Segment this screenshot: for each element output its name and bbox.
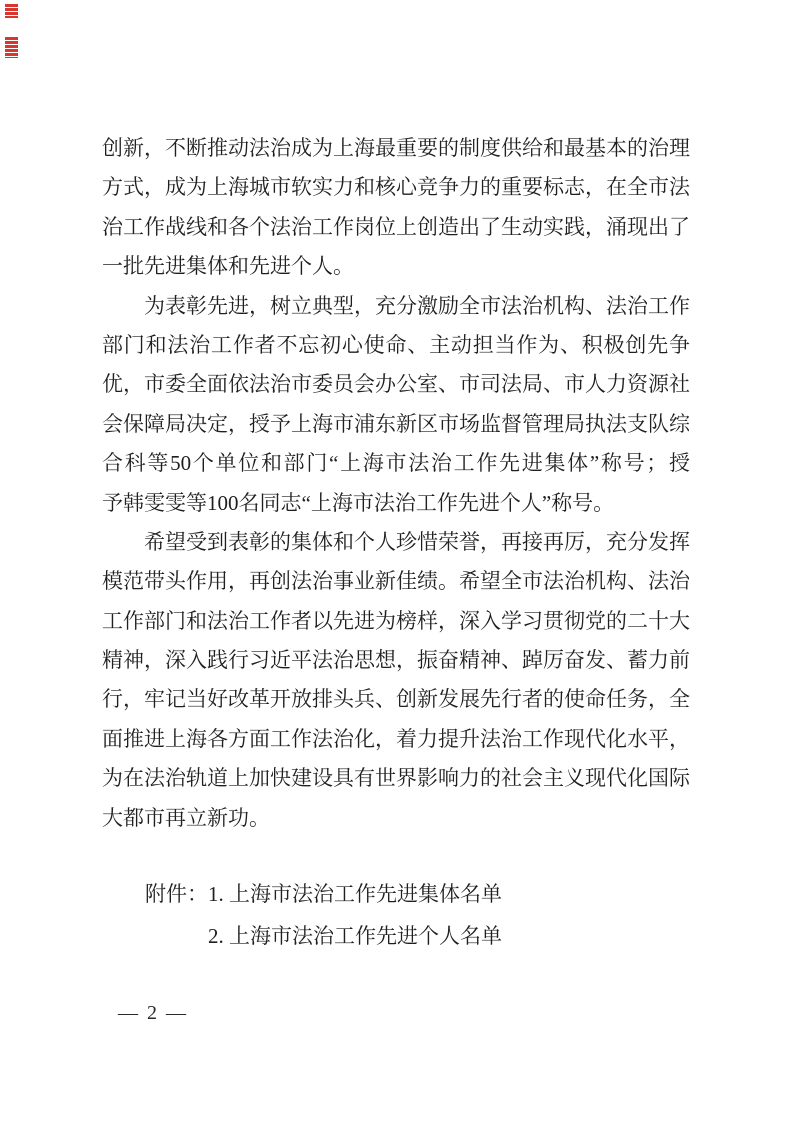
- body-line: 模范带头作用，再创法治事业新佳绩。希望全市法治机构、法治: [102, 562, 690, 601]
- attachment-line: 2. 上海市法治工作先进个人名单: [208, 915, 690, 957]
- document-body: 创新，不断推动法治成为上海最重要的制度供给和最基本的治理 方式，成为上海城市软实…: [102, 129, 690, 838]
- body-line: 创新，不断推动法治成为上海最重要的制度供给和最基本的治理: [102, 129, 690, 168]
- page-number: — 2 —: [118, 1002, 188, 1024]
- body-line: 部门和法治工作者不忘初心使命、主动担当作为、积极创先争: [102, 326, 690, 365]
- body-line: 希望受到表彰的集体和个人珍惜荣誉，再接再厉，充分发挥: [102, 523, 690, 562]
- body-line: 治工作战线和各个法治工作岗位上创造出了生动实践，涌现出了: [102, 208, 690, 247]
- attachments-label: 附件：: [145, 882, 208, 906]
- body-line: 方式，成为上海城市软实力和核心竞争力的重要标志，在全市法: [102, 168, 690, 207]
- body-line: 为表彰先进，树立典型，充分激励全市法治机构、法治工作: [102, 287, 690, 326]
- body-line: 面推进上海各方面工作法治化，着力提升法治工作现代化水平，: [102, 720, 690, 759]
- red-annotation-mark-icon: [5, 37, 18, 58]
- body-line: 精神，深入践行习近平法治思想，振奋精神、踔厉奋发、蓄力前: [102, 641, 690, 680]
- attachment-line: 附件：1. 上海市法治工作先进集体名单: [145, 873, 690, 915]
- document-page: 创新，不断推动法治成为上海最重要的制度供给和最基本的治理 方式，成为上海城市软实…: [0, 0, 793, 1122]
- body-line: 一批先进集体和先进个人。: [102, 247, 690, 286]
- body-line: 大都市再立新功。: [102, 799, 690, 838]
- body-line: 为在法治轨道上加快建设具有世界影响力的社会主义现代化国际: [102, 759, 690, 798]
- attachment-item: 2. 上海市法治工作先进个人名单: [208, 924, 502, 948]
- body-line: 优，市委全面依法治市委员会办公室、市司法局、市人力资源社: [102, 365, 690, 404]
- body-line: 合科等50个单位和部门“上海市法治工作先进集体”称号；授: [102, 444, 690, 483]
- body-line: 会保障局决定，授予上海市浦东新区市场监督管理局执法支队综: [102, 405, 690, 444]
- red-annotation-mark-icon: [5, 4, 18, 18]
- body-line: 行，牢记当好改革开放排头兵、创新发展先行者的使命任务，全: [102, 680, 690, 719]
- attachments-block: 附件：1. 上海市法治工作先进集体名单 2. 上海市法治工作先进个人名单: [102, 873, 690, 957]
- body-line: 工作部门和法治工作者以先进为榜样，深入学习贯彻党的二十大: [102, 602, 690, 641]
- attachment-item: 1. 上海市法治工作先进集体名单: [208, 882, 502, 906]
- body-line: 予韩雯雯等100名同志“上海市法治工作先进个人”称号。: [102, 484, 690, 523]
